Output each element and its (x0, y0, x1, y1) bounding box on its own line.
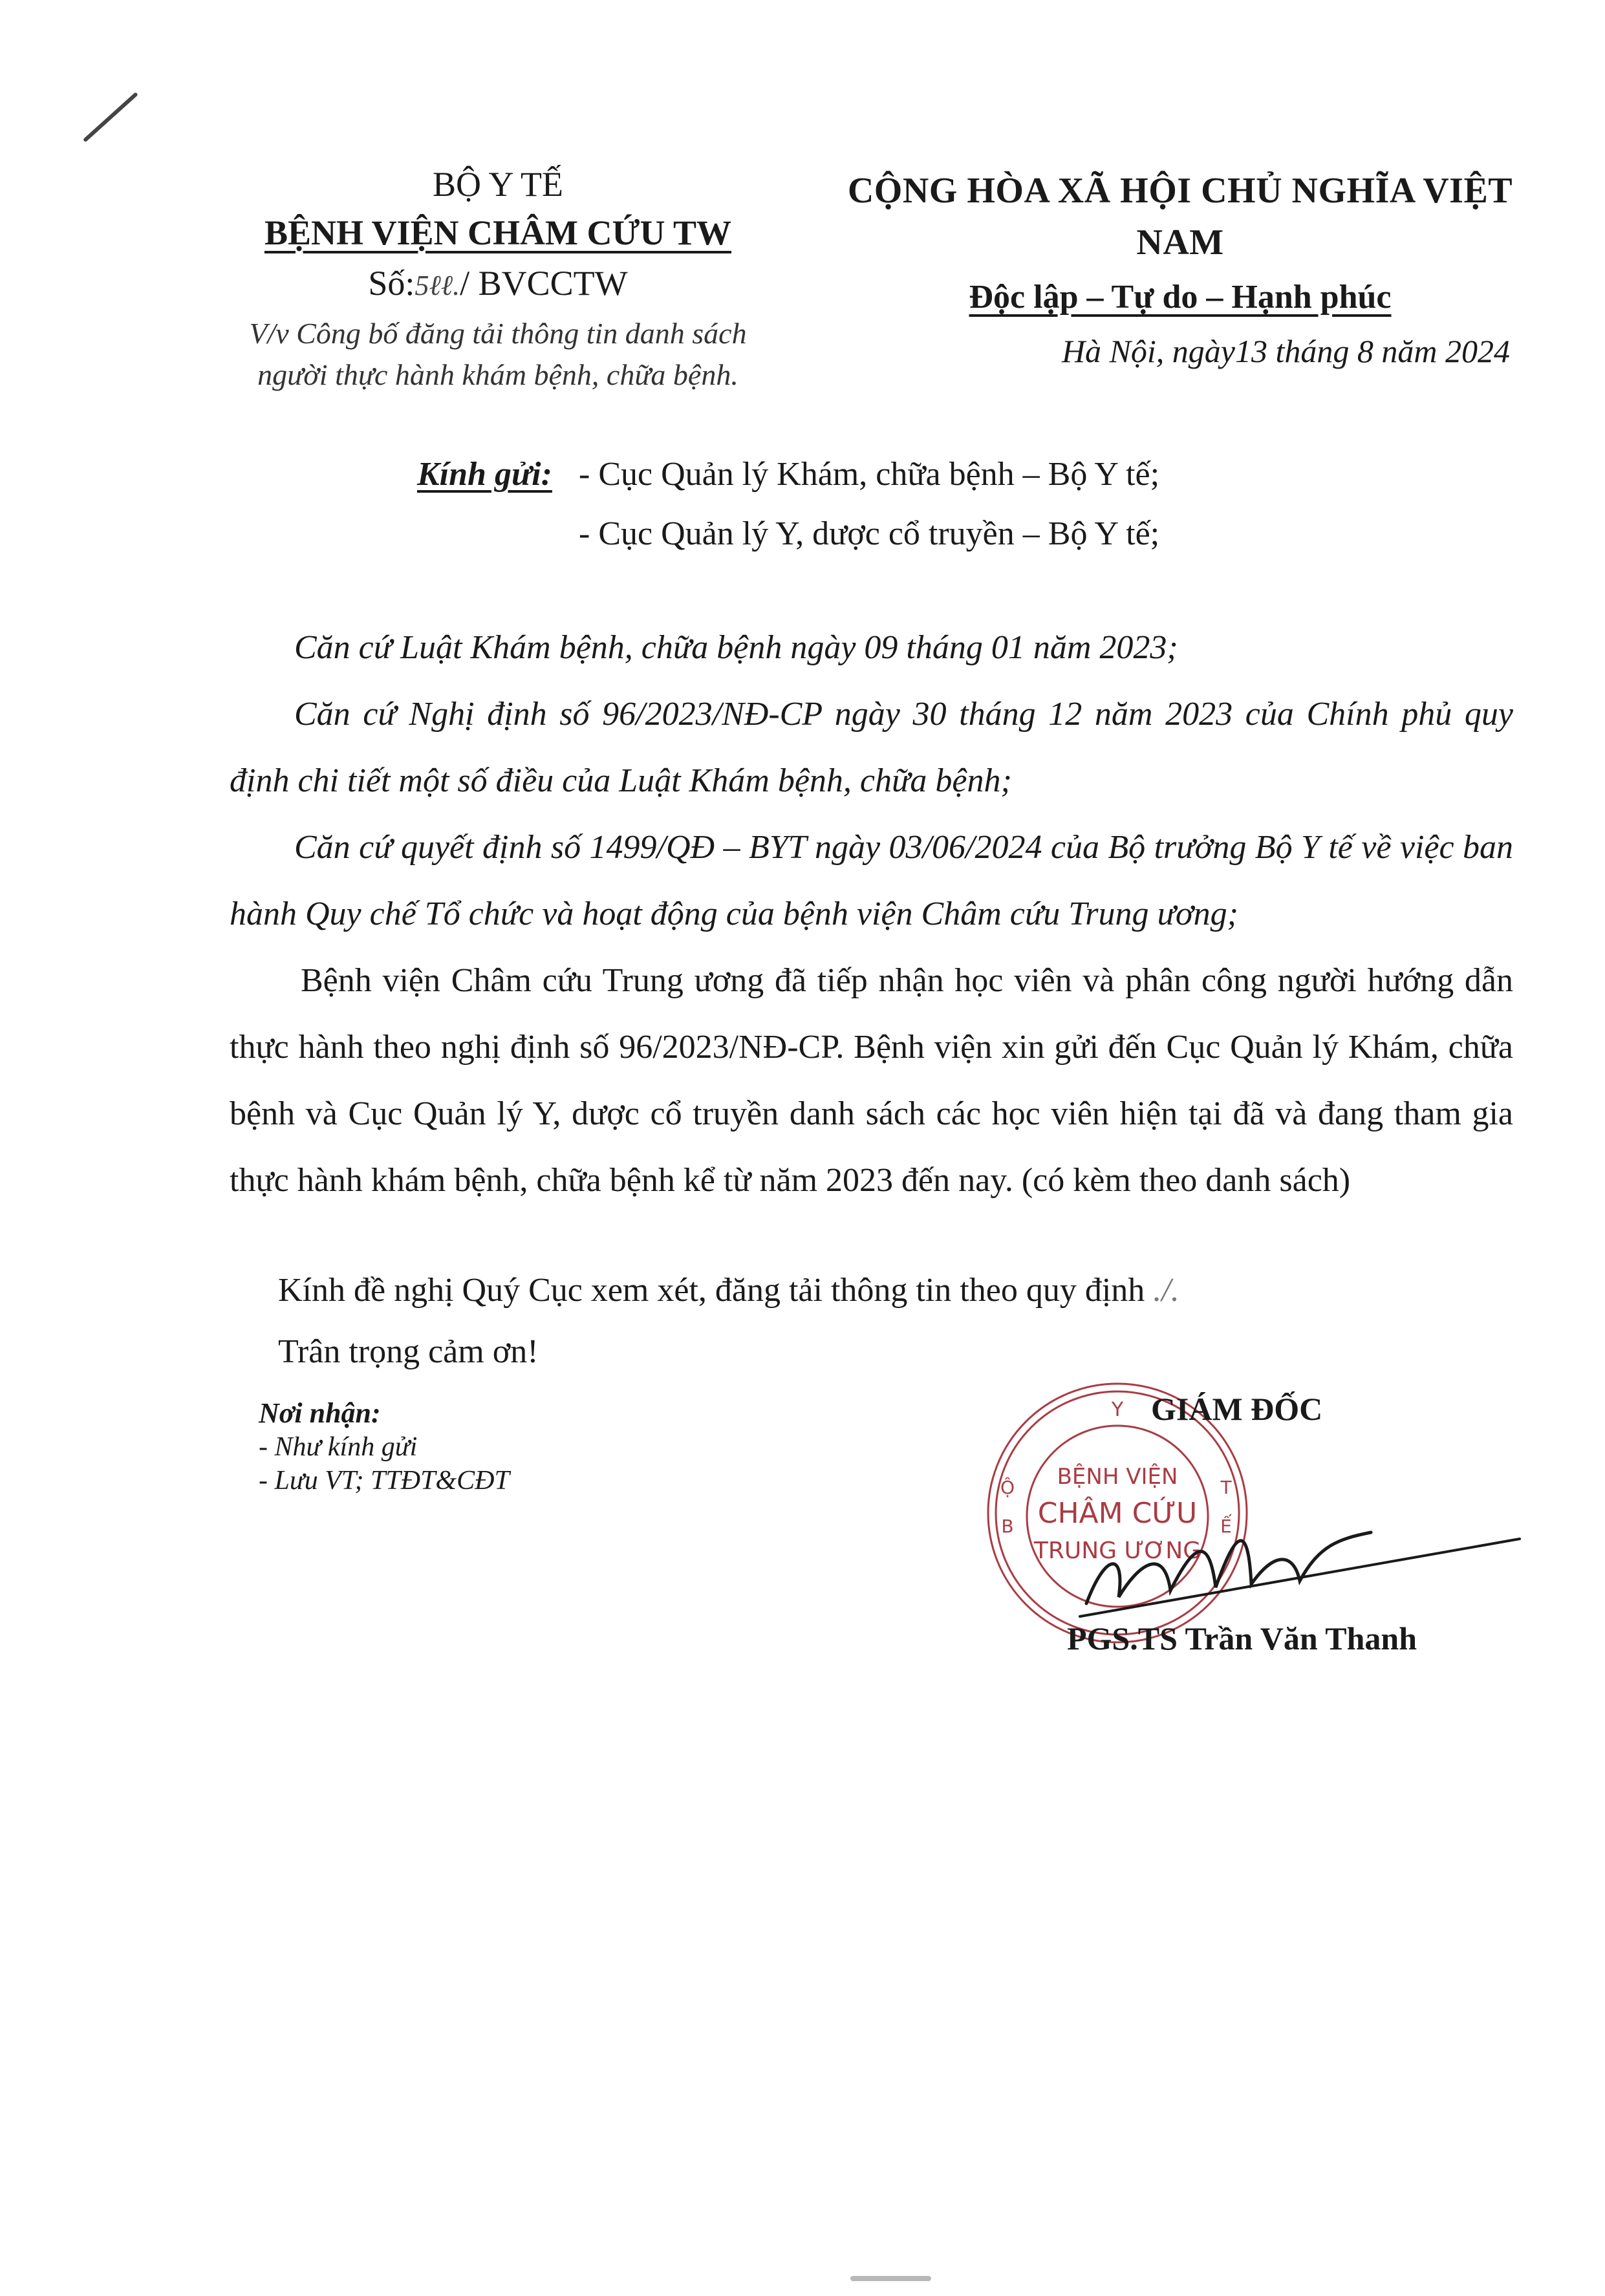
request-line: Kính đề nghị Quý Cục xem xét, đăng tải t… (278, 1260, 1180, 1321)
thanks-line: Trân trọng cảm ơn! (278, 1321, 1180, 1382)
national-motto: Độc lập – Tự do – Hạnh phúc (812, 268, 1549, 327)
year-label: năm (1381, 333, 1437, 369)
distribution-item: - Lưu VT; TTĐT&CĐT (259, 1464, 510, 1497)
signatory-name: PGS.TS Trần Văn Thanh (1067, 1620, 1417, 1657)
stamp-line-2: CHÂM CỨU (1038, 1496, 1198, 1530)
distribution-item: - Như kính gửi (259, 1430, 510, 1464)
date-year: 2024 (1445, 333, 1510, 369)
doc-number-label: Số: (368, 264, 415, 303)
closing-block: Kính đề nghị Quý Cục xem xét, đăng tải t… (278, 1260, 1180, 1382)
ministry-name: BỘ Y TẾ (220, 162, 776, 207)
recipients-label: Kính gửi: (417, 445, 579, 504)
stamp-outer-letter: Y (1111, 1399, 1124, 1421)
legal-basis: Căn cứ quyết định số 1499/QĐ – BYT ngày … (230, 814, 1513, 947)
distribution-label: Nơi nhận: (259, 1397, 510, 1430)
recipient-item: - Cục Quản lý Khám, chữa bệnh – Bộ Y tế; (579, 456, 1159, 493)
request-text: Kính đề nghị Quý Cục xem xét, đăng tải t… (278, 1272, 1145, 1309)
place-and-date: Hà Nội, ngày13 tháng 8 năm 2024 (812, 327, 1549, 376)
subject-line-2: người thực hành khám bệnh, chữa bệnh. (220, 354, 776, 396)
doc-number-handwritten: 5ℓℓ. (415, 270, 460, 301)
stamp-line-1: BỆNH VIỆN (1057, 1463, 1178, 1490)
place-date-prefix: Hà Nội, ngày (1062, 333, 1235, 369)
issuer-header: BỘ Y TẾ BỆNH VIỆN CHÂM CỨU TW Số:5ℓℓ./ B… (220, 162, 776, 396)
signatory-title: GIÁM ĐỐC (1151, 1390, 1322, 1428)
document-number: Số:5ℓℓ./ BVCCTW (220, 259, 776, 310)
recipient-row: - Cục Quản lý Y, dược cổ truyền – Bộ Y t… (417, 504, 1159, 564)
recipient-item: - Cục Quản lý Y, dược cổ truyền – Bộ Y t… (579, 515, 1159, 552)
date-month: 8 (1357, 333, 1373, 369)
national-header: CỘNG HÒA XÃ HỘI CHỦ NGHĨA VIỆT NAM Độc l… (812, 165, 1549, 376)
organization-name: BỆNH VIỆN CHÂM CỨU TW (220, 207, 776, 259)
letter-body: Căn cứ Luật Khám bệnh, chữa bệnh ngày 09… (230, 614, 1513, 1214)
nation-name: CỘNG HÒA XÃ HỘI CHỦ NGHĨA VIỆT NAM (812, 165, 1549, 268)
legal-basis: Căn cứ Luật Khám bệnh, chữa bệnh ngày 09… (230, 614, 1513, 681)
subject-line-1: V/v Công bố đăng tải thông tin danh sách (220, 313, 776, 354)
stamp-outer-letter: B (1001, 1516, 1013, 1537)
recipient-row: Kính gửi:- Cục Quản lý Khám, chữa bệnh –… (417, 445, 1159, 504)
handwritten-signature (1067, 1526, 1533, 1623)
main-paragraph: Bệnh viện Châm cứu Trung ương đã tiếp nh… (230, 947, 1513, 1214)
doc-number-suffix: / BVCCTW (460, 264, 628, 303)
legal-basis: Căn cứ Nghị định số 96/2023/NĐ-CP ngày 3… (230, 681, 1513, 814)
distribution-list: Nơi nhận: - Như kính gửi - Lưu VT; TTĐT&… (259, 1397, 510, 1497)
stamp-outer-letter: Ộ (1000, 1476, 1015, 1498)
handwritten-mark: ./. (1153, 1272, 1179, 1309)
pen-mark-decoration (83, 92, 138, 142)
subject: V/v Công bố đăng tải thông tin danh sách… (220, 313, 776, 396)
recipients-block: Kính gửi:- Cục Quản lý Khám, chữa bệnh –… (417, 445, 1159, 564)
stamp-outer-letter: T (1220, 1477, 1232, 1498)
scan-artifact (850, 2276, 931, 2281)
date-day: 13 (1235, 333, 1267, 369)
month-label: tháng (1275, 333, 1349, 369)
